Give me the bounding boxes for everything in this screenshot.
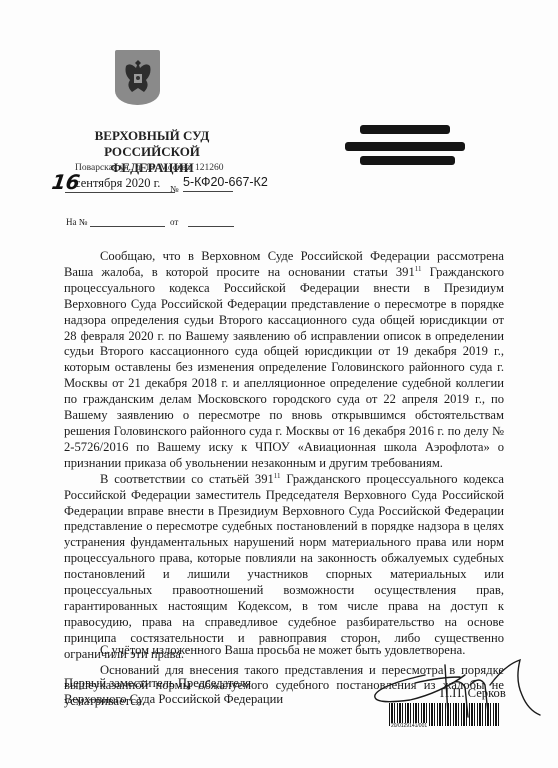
- double-headed-eagle-icon: [118, 54, 158, 102]
- reply-to-label: На №: [66, 217, 87, 227]
- paragraph-2: В соответствии со статьёй 39111 Гражданс…: [64, 472, 504, 663]
- court-address: Поварская ул., д. 15, Москва, 121260: [75, 163, 223, 173]
- signer-title-line-1: Первый заместитель Председателя: [64, 675, 283, 691]
- court-name-line-1: ВЕРХОВНЫЙ СУД: [62, 128, 242, 144]
- date-text: сентября 2020 г.: [75, 176, 160, 191]
- signer-title-line-2: Верховного Суда Российской Федерации: [64, 691, 283, 707]
- signer-title: Первый заместитель Председателя Верховно…: [64, 675, 283, 707]
- document-number: 5-КФ20-667-К2: [183, 175, 268, 189]
- paragraph-1: Сообщаю, что в Верховном Суде Российской…: [64, 249, 504, 472]
- handwritten-signature-icon: [370, 655, 545, 725]
- reply-from-underline: [188, 226, 234, 227]
- superscript: 11: [274, 472, 281, 480]
- letter-page: ВЕРХОВНЫЙ СУД РОССИЙСКОЙ ФЕДЕРАЦИИ Повар…: [0, 0, 558, 768]
- reply-to-underline: [90, 226, 165, 227]
- redacted-recipient-line-3: [360, 156, 455, 165]
- redacted-recipient-line-1: [360, 125, 450, 134]
- superscript: 11: [415, 265, 422, 273]
- letter-body: Сообщаю, что в Верховном Суде Российской…: [64, 249, 504, 710]
- redacted-recipient-line-2: [345, 142, 465, 151]
- reply-from-label: от: [170, 217, 178, 227]
- coat-of-arms-icon: [115, 50, 160, 105]
- number-underline: [183, 191, 233, 192]
- number-label: №: [170, 184, 179, 194]
